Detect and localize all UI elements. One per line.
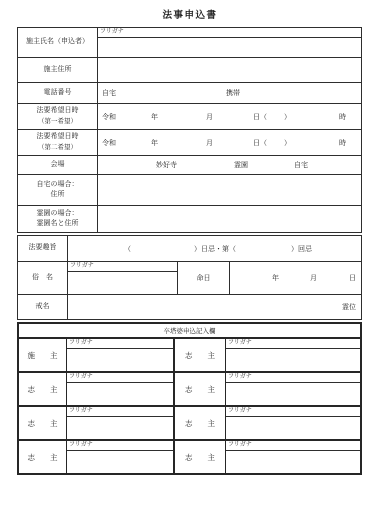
cemetery-case-line1: 霊園の場合： [37, 209, 79, 220]
cemetery-case-row: 霊園の場合： 霊園名と住所 [18, 205, 361, 232]
purpose-part3: ）回忌 [291, 244, 312, 254]
sotoba-header: 卒塔婆申込記入欄 [19, 324, 360, 337]
sotoba-right-input-area [226, 349, 360, 371]
secular-name-label: 俗 名 [18, 262, 68, 294]
owner-address-field [98, 58, 361, 82]
sotoba-table: 卒塔婆申込記入欄 施 主 フリガナ 志 主 フリガナ 志 主 フリガナ 志 主 … [17, 322, 362, 475]
sotoba-right-label: 志 主 [175, 339, 226, 371]
home-case-label: 自宅の場合： 住所 [18, 175, 98, 205]
preferred-datetime-2-field: 令和 年 月 日（ ） 時 [98, 130, 361, 155]
month-label: 月 [206, 112, 213, 122]
applicant-name-input-area [98, 38, 361, 57]
phone-mobile-label: 携帯 [226, 88, 240, 98]
phone-home-label: 自宅 [102, 88, 116, 98]
page-title: 法事申込書 [0, 0, 380, 21]
furigana-label: フリガナ [226, 373, 360, 383]
cemetery-case-label: 霊園の場合： 霊園名と住所 [18, 206, 98, 232]
venue-label: 会場 [18, 156, 98, 174]
owner-address-label: 施主住所 [18, 58, 98, 82]
kaimyo-field: 霊位 [68, 295, 361, 319]
venue-field: 妙好寺 霊園 自宅 [98, 156, 361, 174]
death-year-label: 年 [272, 273, 279, 283]
month-label: 月 [206, 138, 213, 148]
preferred-datetime-2-label: 法要希望日時 （第二希望） [18, 130, 98, 155]
furigana-label: フリガナ [67, 339, 173, 349]
preferred-datetime-1-label: 法要希望日時 （第一希望） [18, 104, 98, 129]
secular-name-field: フリガナ [68, 262, 178, 294]
purpose-label: 法要趣旨 [18, 236, 68, 261]
preferred-datetime-2-row: 法要希望日時 （第二希望） 令和 年 月 日（ ） 時 [18, 129, 361, 155]
sotoba-left-label: 志 主 [19, 407, 67, 439]
cemetery-case-line2: 霊園名と住所 [37, 219, 79, 230]
kaimyo-suffix-label: 霊位 [342, 302, 356, 312]
sotoba-right-field: フリガナ [226, 373, 360, 405]
sotoba-left-label: 施 主 [19, 339, 67, 371]
sotoba-right-label: 志 主 [175, 373, 226, 405]
preferred-datetime-2-line2: （第二希望） [38, 143, 77, 153]
preferred-datetime-1-line2: （第一希望） [38, 117, 77, 127]
purpose-part2: ）日忌・第（ [194, 244, 236, 254]
sotoba-right-input-area [226, 383, 360, 405]
applicant-name-row: 施主氏名（申込者） フリガナ [18, 28, 361, 57]
death-date-label: 命日 [178, 262, 230, 294]
applicant-info-table: 施主氏名（申込者） フリガナ 施主住所 電話番号 自宅 携帯 法要希望日時 （第… [17, 27, 362, 233]
furigana-label: フリガナ [226, 407, 360, 417]
day-label: 日（ [253, 138, 267, 148]
furigana-label: フリガナ [67, 373, 173, 383]
sotoba-right-input-area [226, 451, 360, 473]
phone-label: 電話番号 [18, 83, 98, 103]
era-label: 令和 [102, 112, 116, 122]
form-page: 法事申込書 施主氏名（申込者） フリガナ 施主住所 電話番号 自宅 携帯 法要希… [0, 0, 380, 520]
furigana-label: フリガナ [67, 441, 173, 451]
sotoba-right-label: 志 主 [175, 407, 226, 439]
sotoba-right-input-area [226, 417, 360, 439]
sotoba-left-field: フリガナ [67, 441, 175, 473]
furigana-label: フリガナ [68, 262, 177, 272]
cemetery-case-field [98, 206, 361, 232]
sotoba-right-field: フリガナ [226, 407, 360, 439]
sotoba-right-label: 志 主 [175, 441, 226, 473]
furigana-label: フリガナ [67, 407, 173, 417]
sotoba-left-input-area [67, 417, 173, 439]
home-case-line2: 住所 [51, 190, 65, 201]
phone-row: 電話番号 自宅 携帯 [18, 82, 361, 103]
home-case-line1: 自宅の場合： [37, 180, 79, 191]
year-label: 年 [151, 112, 158, 122]
preferred-datetime-2-line1: 法要希望日時 [37, 132, 79, 143]
hour-label: 時 [339, 138, 346, 148]
sotoba-row: 志 主 フリガナ 志 主 フリガナ [19, 405, 360, 439]
memorial-detail-table: 法要趣旨 （ ）日忌・第（ ）回忌 俗 名 フリガナ 命日 年 月 日 戒名 霊 [17, 235, 362, 320]
sotoba-left-field: フリガナ [67, 339, 175, 371]
venue-row: 会場 妙好寺 霊園 自宅 [18, 155, 361, 174]
purpose-field: （ ）日忌・第（ ）回忌 [68, 236, 361, 261]
home-case-row: 自宅の場合： 住所 [18, 174, 361, 205]
sotoba-row: 志 主 フリガナ 志 主 フリガナ [19, 371, 360, 405]
venue-option-cemetery: 霊園 [234, 160, 248, 170]
home-case-field [98, 175, 361, 205]
furigana-label: フリガナ [98, 28, 361, 38]
death-date-field: 年 月 日 [230, 262, 361, 294]
sotoba-left-input-area [67, 451, 173, 473]
purpose-row: 法要趣旨 （ ）日忌・第（ ）回忌 [18, 236, 361, 261]
kaimyo-label: 戒名 [18, 295, 68, 319]
sotoba-right-field: フリガナ [226, 339, 360, 371]
phone-field: 自宅 携帯 [98, 83, 361, 103]
sotoba-row: 志 主 フリガナ 志 主 フリガナ [19, 439, 360, 473]
owner-address-row: 施主住所 [18, 57, 361, 82]
sotoba-right-field: フリガナ [226, 441, 360, 473]
secular-name-input-area [68, 272, 177, 294]
death-month-label: 月 [310, 273, 317, 283]
applicant-name-label: 施主氏名（申込者） [18, 28, 98, 57]
sotoba-row: 施 主 フリガナ 志 主 フリガナ [19, 337, 360, 371]
venue-option-home: 自宅 [294, 160, 308, 170]
purpose-part1: （ [124, 244, 131, 254]
death-day-label: 日 [349, 273, 356, 283]
furigana-label: フリガナ [226, 339, 360, 349]
sotoba-left-field: フリガナ [67, 373, 175, 405]
year-label: 年 [151, 138, 158, 148]
preferred-datetime-1-line1: 法要希望日時 [37, 106, 79, 117]
sotoba-left-label: 志 主 [19, 441, 67, 473]
preferred-datetime-1-field: 令和 年 月 日（ ） 時 [98, 104, 361, 129]
furigana-label: フリガナ [226, 441, 360, 451]
applicant-name-field: フリガナ [98, 28, 361, 57]
secular-name-row: 俗 名 フリガナ 命日 年 月 日 [18, 261, 361, 294]
era-label: 令和 [102, 138, 116, 148]
hour-label: 時 [339, 112, 346, 122]
sotoba-left-label: 志 主 [19, 373, 67, 405]
sotoba-left-input-area [67, 383, 173, 405]
venue-option-temple: 妙好寺 [156, 160, 177, 170]
sotoba-left-input-area [67, 349, 173, 371]
sotoba-header-row: 卒塔婆申込記入欄 [19, 324, 360, 337]
sotoba-left-field: フリガナ [67, 407, 175, 439]
day-label: 日（ [253, 112, 267, 122]
paren-close-label: ） [284, 112, 291, 122]
preferred-datetime-1-row: 法要希望日時 （第一希望） 令和 年 月 日（ ） 時 [18, 103, 361, 129]
kaimyo-row: 戒名 霊位 [18, 294, 361, 319]
paren-close-label: ） [284, 138, 291, 148]
